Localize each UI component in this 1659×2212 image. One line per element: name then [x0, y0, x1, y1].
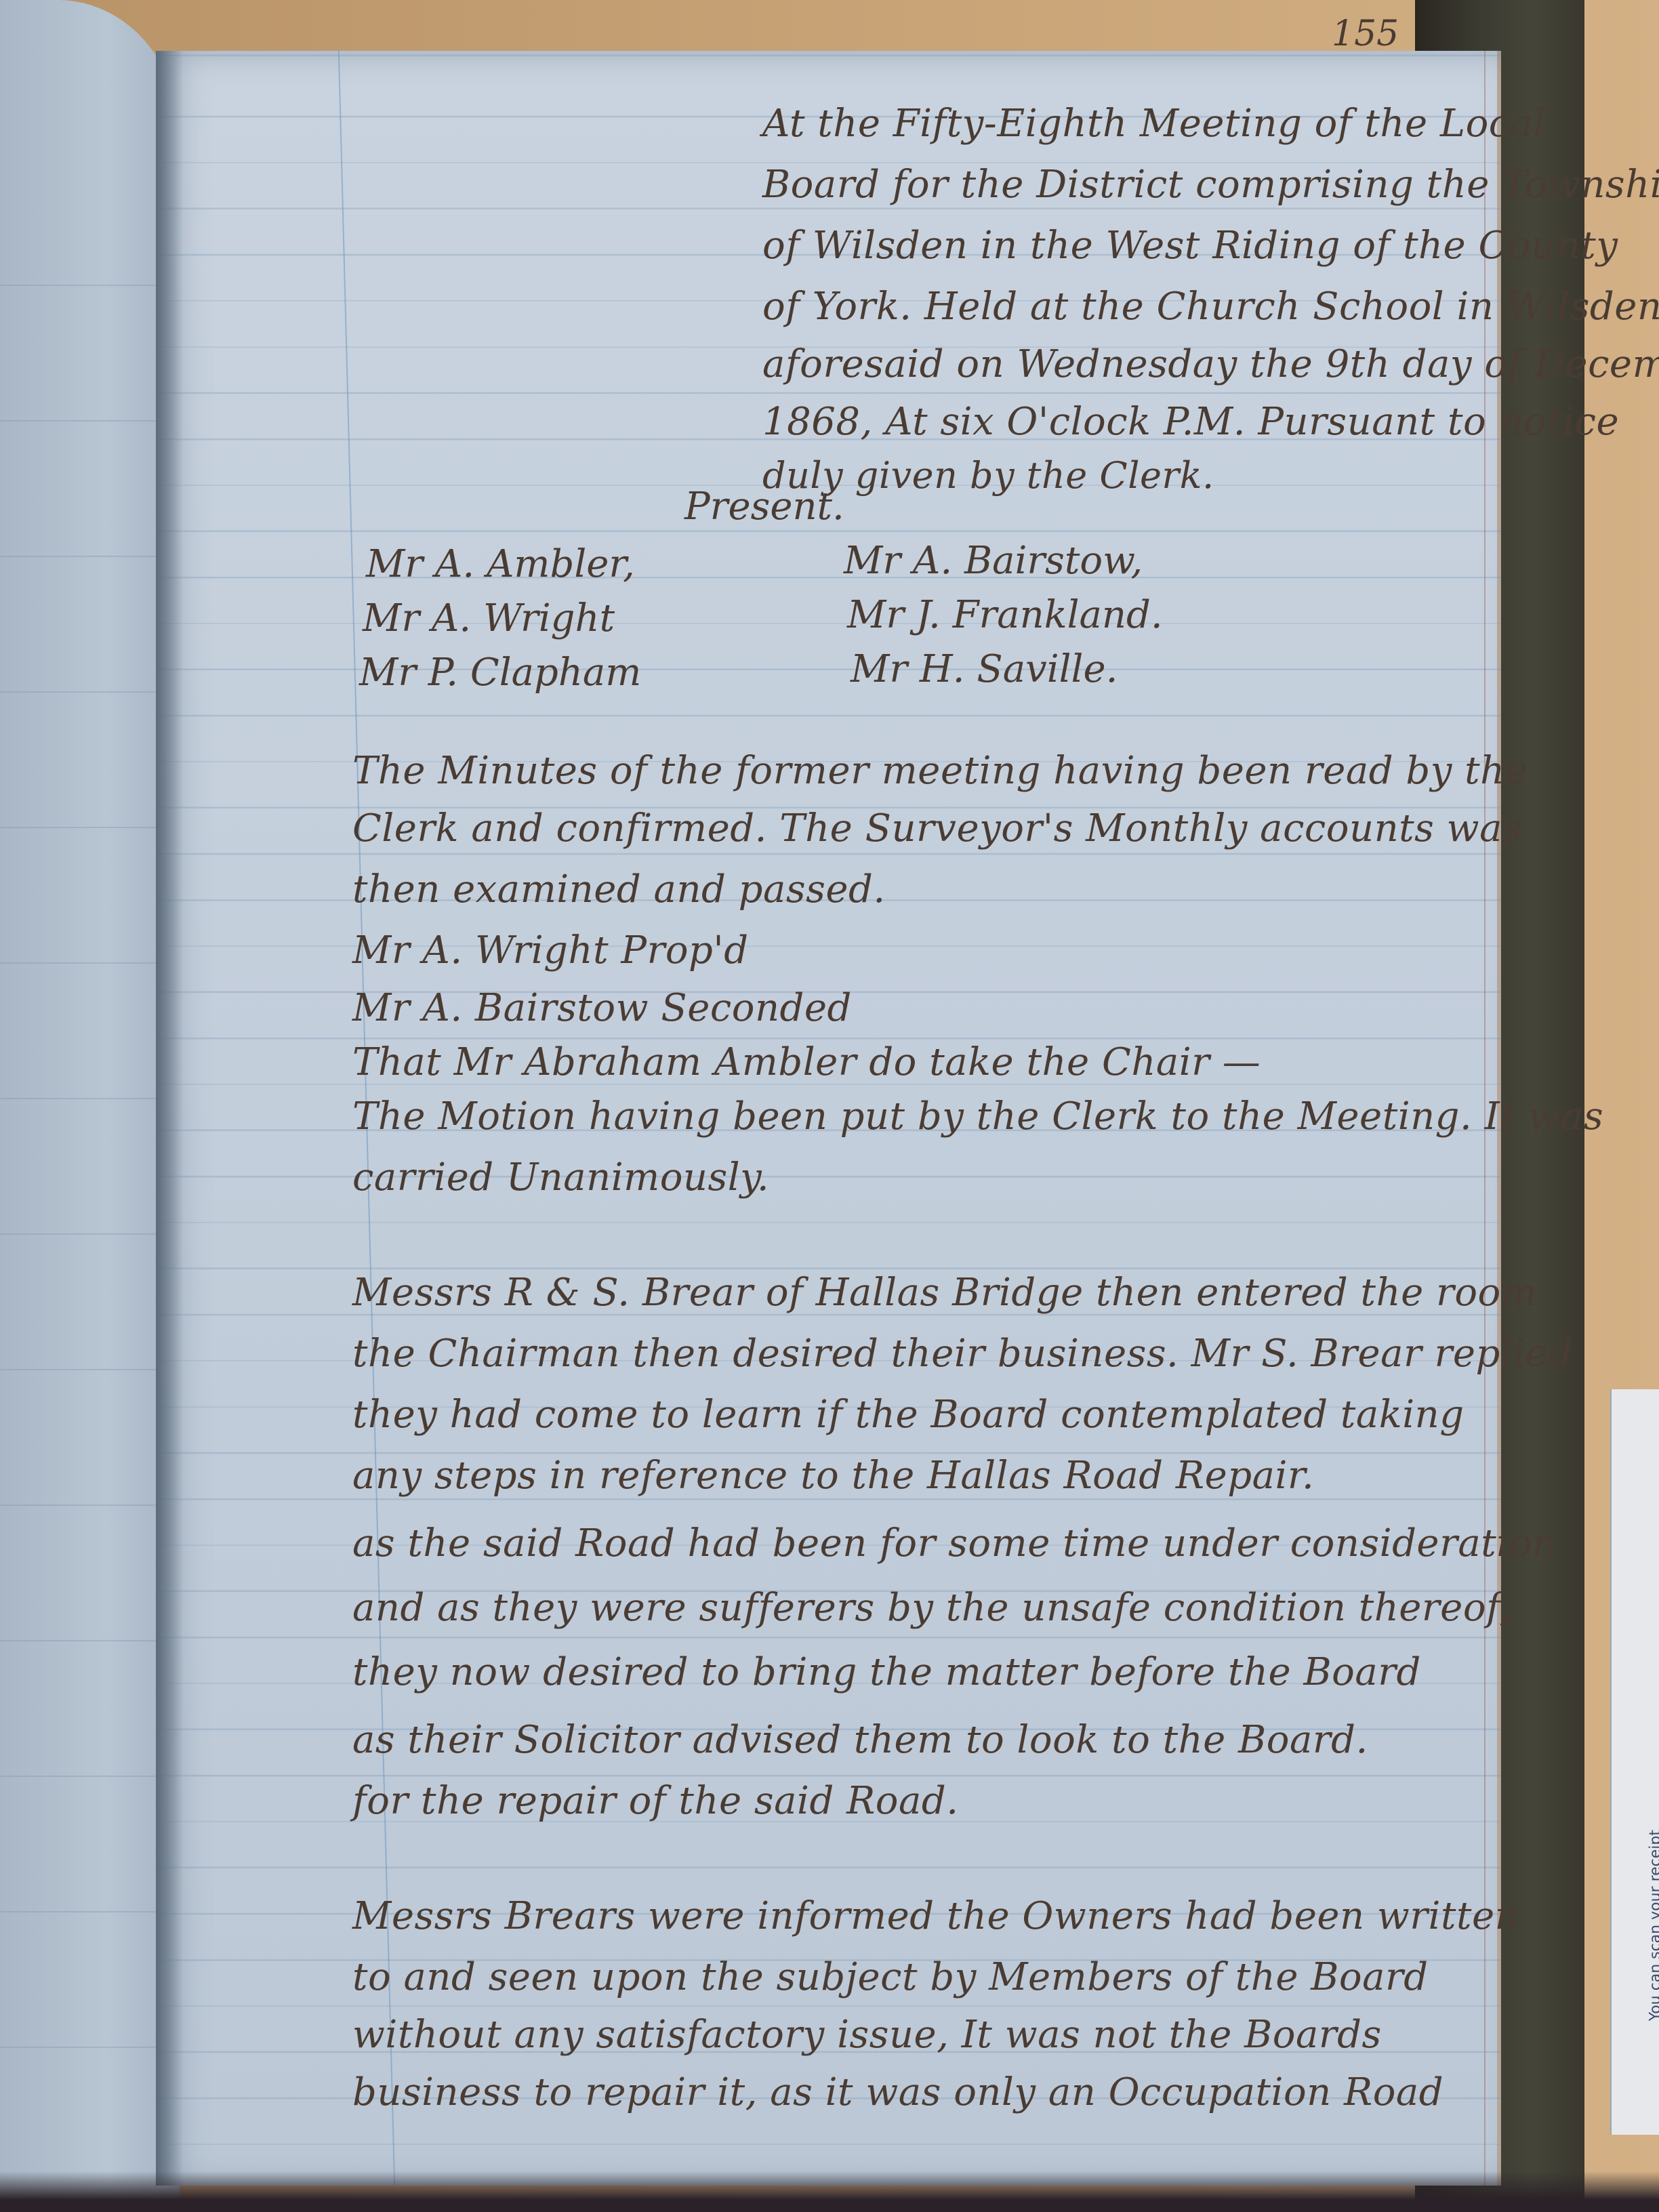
left-page — [0, 0, 180, 2212]
stray-paper-text: You can scan your receipt — [1647, 1830, 1659, 2021]
heading-line: 1868, At six O'clock P.M. Pursuant to no… — [762, 403, 1619, 441]
heading-line: aforesaid on Wednesday the 9th day of De… — [762, 346, 1659, 384]
heading-line: of Wilsden in the West Riding of the Cou… — [762, 227, 1618, 265]
owners-line: without any satisfactory issue, It was n… — [352, 2016, 1382, 2054]
motion-line: Mr A. Wright Prop'd — [352, 932, 749, 970]
heading-line: of York. Held at the Church School in Wi… — [762, 288, 1659, 326]
member-name: Mr A. Ambler, — [366, 542, 635, 586]
owners-line: Messrs Brears were informed the Owners h… — [352, 1898, 1519, 1935]
owners-line: to and seen upon the subject by Members … — [352, 1959, 1429, 1996]
brear-line: as the said Road had been for some time … — [352, 1525, 1557, 1563]
present-title: Present. — [684, 485, 844, 529]
heading-line: At the Fifty-Eighth Meeting of the Local — [762, 105, 1546, 143]
page-number: 155 — [1332, 14, 1399, 54]
bottom-shadow — [0, 2171, 1659, 2212]
member-name: Mr A. Bairstow, — [844, 539, 1143, 583]
minutes-line: Clerk and confirmed. The Surveyor's Mont… — [352, 810, 1522, 848]
brear-line: as their Solicitor advised them to look … — [352, 1721, 1368, 1759]
brear-line: for the repair of the said Road. — [352, 1782, 959, 1820]
brear-line: and as they were sufferers by the unsafe… — [352, 1589, 1512, 1627]
motion-line: carried Unanimously. — [352, 1159, 769, 1197]
motion-line: Mr A. Bairstow Seconded — [352, 989, 852, 1027]
member-name: Mr H. Saville. — [851, 647, 1118, 691]
stray-paper — [1610, 1389, 1659, 2135]
heading-line: Board for the District comprising the To… — [762, 166, 1659, 204]
motion-line: That Mr Abraham Ambler do take the Chair… — [352, 1044, 1261, 1082]
minutes-line: The Minutes of the former meeting having… — [352, 752, 1528, 790]
member-name: Mr J. Frankland. — [847, 593, 1163, 637]
brear-line: the Chairman then desired their business… — [352, 1335, 1573, 1373]
owners-line: business to repair it, as it was only an… — [352, 2074, 1443, 2112]
motion-line: The Motion having been put by the Clerk … — [352, 1098, 1603, 1136]
member-name: Mr A. Wright — [363, 596, 615, 640]
member-name: Mr P. Clapham — [359, 651, 641, 695]
brear-line: any steps in reference to the Hallas Roa… — [352, 1457, 1314, 1495]
gutter-shadow — [156, 51, 183, 2186]
minutes-line: then examined and passed. — [352, 871, 886, 909]
brear-line: they had come to learn if the Board cont… — [352, 1396, 1465, 1434]
brear-line: Messrs R & S. Brear of Hallas Bridge the… — [352, 1274, 1537, 1312]
brear-line: they now desired to bring the matter bef… — [352, 1654, 1421, 1692]
